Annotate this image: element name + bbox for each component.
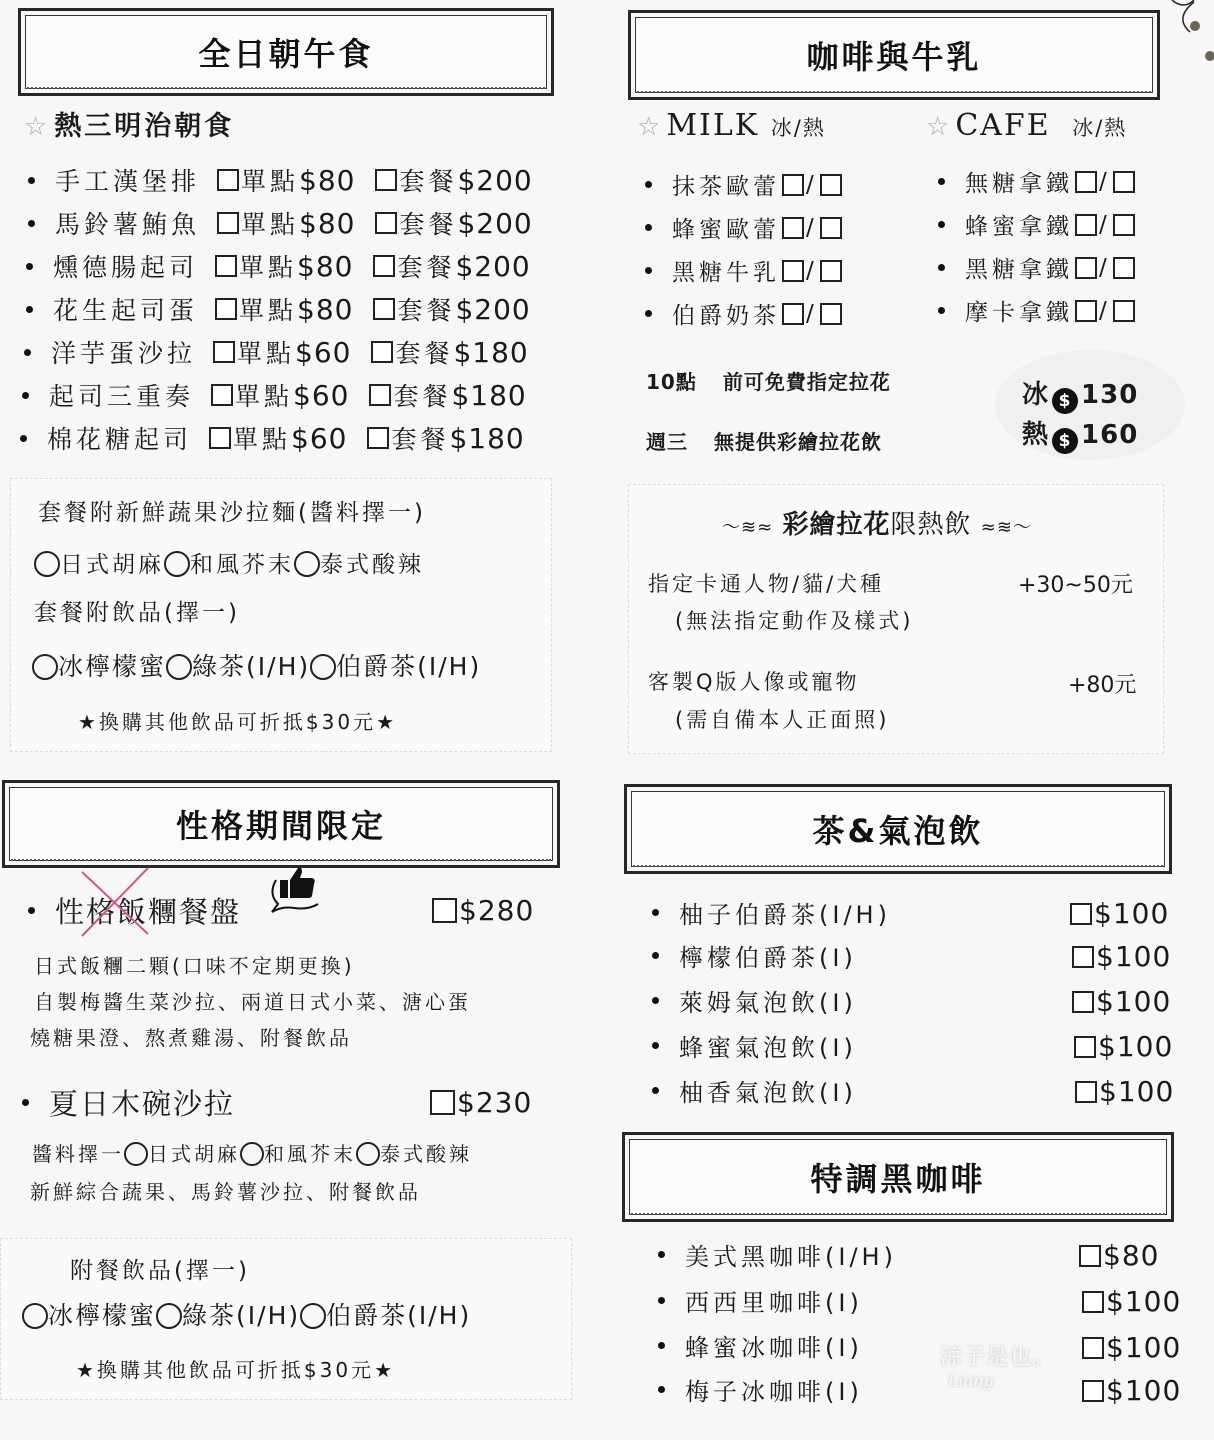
breakfast-item: 起司三重奏 單點$60 套餐$180 <box>22 377 527 413</box>
tea-soda-checkbox[interactable] <box>1070 903 1092 925</box>
limited-item-2-sauces: 醬料擇一日式胡麻和風芥末泰式酸辣 <box>32 1138 472 1167</box>
cross-out-mark <box>78 866 152 938</box>
set-drink-title: 套餐附飲品(擇一) <box>34 594 240 627</box>
drink-radio[interactable] <box>310 654 336 680</box>
milk-item: 伯爵奶茶 / <box>645 297 844 330</box>
cafe-heading: ☆CAFE 冰/熱 <box>926 108 1127 143</box>
black-coffee-checkbox[interactable] <box>1082 1291 1104 1313</box>
cafe-item: 摩卡拿鐵 / <box>938 294 1137 327</box>
bullet-icon <box>938 307 945 314</box>
set-checkbox[interactable] <box>371 341 393 363</box>
single-checkbox[interactable] <box>217 212 239 234</box>
limited-item-2: 夏日木碗沙拉 <box>22 1082 235 1123</box>
black-coffee-item: 西西里咖啡(I) <box>658 1283 863 1318</box>
set-sauce-options: 日式胡麻和風芥末泰式酸辣 <box>34 546 424 579</box>
black-coffee-item: 梅子冰咖啡(I) <box>658 1372 863 1407</box>
black-coffee-price: $100 <box>1080 1331 1181 1364</box>
limited-title: 性格期間限定 <box>176 801 386 847</box>
watermark-main: 涼子是也。 <box>940 1340 1055 1371</box>
black-coffee-price: $80 <box>1077 1239 1159 1272</box>
bullet-icon <box>20 435 27 442</box>
tea-soda-item: 萊姆氣泡飲(I) <box>652 983 857 1018</box>
bullet-icon <box>652 1042 659 1049</box>
ice-checkbox[interactable] <box>782 260 804 282</box>
black-coffee-title: 特調黑咖啡 <box>810 1154 985 1200</box>
left-flourish-icon: 〜≋≈ <box>722 517 773 538</box>
tea-soda-checkbox[interactable] <box>1072 991 1094 1013</box>
hot-checkbox[interactable] <box>820 174 842 196</box>
black-coffee-item: 美式黑咖啡(I/H) <box>658 1237 897 1272</box>
coffee-milk-header: 咖啡與牛乳 <box>628 10 1160 100</box>
star-outline-icon: ☆ <box>637 112 662 142</box>
set-checkbox[interactable] <box>367 427 389 449</box>
latte-option-1-name: 指定卡通人物/貓/犬種 <box>648 568 884 598</box>
coffee-note-1: 10點前可免費指定拉花 <box>646 366 891 395</box>
latte-option-1-price: +30~50元 <box>1018 568 1133 599</box>
milk-item: 蜂蜜歐蕾 / <box>645 211 844 244</box>
tea-soda-price: $100 <box>1073 1075 1174 1108</box>
cafe-item: 黑糖拿鐵 / <box>938 251 1137 284</box>
bullet-icon <box>658 1251 665 1258</box>
tea-soda-checkbox[interactable] <box>1074 1036 1096 1058</box>
single-checkbox[interactable] <box>211 384 233 406</box>
black-coffee-checkbox[interactable] <box>1082 1337 1104 1359</box>
thumbs-up-icon <box>268 866 322 914</box>
tea-soda-header: 茶&氣泡飲 <box>624 784 1172 874</box>
tea-soda-checkbox[interactable] <box>1075 1081 1097 1103</box>
black-coffee-checkbox[interactable] <box>1079 1245 1101 1267</box>
dollar-coin-icon: $ <box>1052 428 1078 454</box>
set-checkbox[interactable] <box>373 298 395 320</box>
latte-option-2-price: +80元 <box>1068 668 1136 699</box>
limited-item-2-desc: 新鮮綜合蔬果、馬鈴薯沙拉、附餐飲品 <box>30 1176 421 1205</box>
milk-item: 抹茶歐蕾 / <box>645 168 844 201</box>
tea-soda-price: $100 <box>1072 1030 1173 1063</box>
hot-checkbox[interactable] <box>1113 171 1135 193</box>
hot-checkbox[interactable] <box>1113 214 1135 236</box>
bullet-icon <box>658 1342 665 1349</box>
bullet-icon <box>28 220 35 227</box>
breakfast-item: 手工漢堡排 單點$80 套餐$200 <box>28 162 533 198</box>
bullet-icon <box>938 264 945 271</box>
black-coffee-header: 特調黑咖啡 <box>622 1132 1174 1222</box>
ice-checkbox[interactable] <box>1075 300 1097 322</box>
sauce-radio[interactable] <box>294 551 320 577</box>
black-coffee-item: 蜂蜜冰咖啡(I) <box>658 1328 863 1363</box>
tea-soda-item: 蜂蜜氣泡飲(I) <box>652 1028 857 1063</box>
breakfast-item: 花生起司蛋 單點$80 套餐$200 <box>26 291 531 327</box>
bullet-icon <box>22 1099 29 1106</box>
bullet-icon <box>28 177 35 184</box>
ice-checkbox[interactable] <box>1075 214 1097 236</box>
drink-radio[interactable] <box>32 654 58 680</box>
set-drink-options: 冰檸檬蜜綠茶(I/H)伯爵茶(I/H) <box>32 647 481 683</box>
bullet-icon <box>658 1297 665 1304</box>
tea-soda-title: 茶&氣泡飲 <box>813 806 984 852</box>
set-checkbox[interactable] <box>369 384 391 406</box>
watermark: 涼子是也。 Liang <box>940 1340 1055 1390</box>
bullet-icon <box>645 181 652 188</box>
set-checkbox[interactable] <box>375 212 397 234</box>
ice-checkbox[interactable] <box>782 217 804 239</box>
bullet-icon <box>645 267 652 274</box>
hot-checkbox[interactable] <box>820 303 842 325</box>
limited-item-1-checkbox[interactable] <box>432 898 457 923</box>
bullet-icon <box>645 224 652 231</box>
limited-discount-note: ★換購其他飲品可折抵$30元★ <box>76 1354 395 1383</box>
latte-option-2-note: (需自備本人正面照) <box>675 704 889 734</box>
tea-soda-price: $100 <box>1068 897 1169 930</box>
milk-heading: ☆MILK 冰/熱 <box>637 108 826 143</box>
set-salad-title: 套餐附新鮮蔬果沙拉麵(醬料擇一) <box>38 494 426 527</box>
tea-soda-item: 檸檬伯爵茶(I) <box>652 938 857 973</box>
bullet-icon <box>652 952 659 959</box>
watermark-sub: Liang <box>948 1371 1055 1390</box>
tea-soda-price: $100 <box>1070 940 1171 973</box>
cafe-item: 蜂蜜拿鐵 / <box>938 208 1137 241</box>
bullet-icon <box>26 263 33 270</box>
sauce-radio[interactable] <box>34 551 60 577</box>
drink-radio[interactable] <box>156 1303 182 1329</box>
limited-item-2-name: 夏日木碗沙拉 <box>49 1082 235 1123</box>
coffee-milk-title: 咖啡與牛乳 <box>806 32 981 78</box>
sauce-radio[interactable] <box>164 551 190 577</box>
breakfast-subtitle: ☆熱三明治朝食 <box>24 104 234 143</box>
coffee-note-2: 週三無提供彩繪拉花飲 <box>646 426 882 455</box>
single-checkbox[interactable] <box>215 298 237 320</box>
black-coffee-price: $100 <box>1080 1374 1181 1407</box>
bullet-icon <box>652 997 659 1004</box>
hot-checkbox[interactable] <box>1113 257 1135 279</box>
drink-radio[interactable] <box>166 654 192 680</box>
limited-item-2-checkbox[interactable] <box>430 1090 455 1115</box>
tea-soda-checkbox[interactable] <box>1072 946 1094 968</box>
drink-radio[interactable] <box>300 1303 326 1329</box>
set-discount-note: ★換購其他飲品可折抵$30元★ <box>78 706 397 735</box>
limited-item-1-price: $280 <box>430 894 534 927</box>
black-coffee-price: $100 <box>1080 1285 1181 1318</box>
bullet-icon <box>658 1386 665 1393</box>
ornament-icon <box>1170 0 1214 70</box>
breakfast-item: 棉花糖起司 單點$60 套餐$180 <box>20 420 525 456</box>
limited-item-1-desc-1: 日式飯糰二顆(口味不定期更換) <box>34 950 355 979</box>
black-coffee-checkbox[interactable] <box>1082 1380 1104 1402</box>
bullet-icon <box>645 310 652 317</box>
ice-checkbox[interactable] <box>782 303 804 325</box>
single-checkbox[interactable] <box>217 169 239 191</box>
bullet-icon <box>652 1087 659 1094</box>
ice-checkbox[interactable] <box>782 174 804 196</box>
sauce-radio[interactable] <box>124 1142 148 1166</box>
milk-item: 黑糖牛乳 / <box>645 254 844 287</box>
hot-price: 熱$160 <box>1022 414 1138 454</box>
single-checkbox[interactable] <box>213 341 235 363</box>
star-outline-icon: ☆ <box>926 112 951 142</box>
hot-checkbox[interactable] <box>820 260 842 282</box>
star-outline-icon: ☆ <box>24 112 50 142</box>
bullet-icon <box>938 178 945 185</box>
tea-soda-item: 柚香氣泡飲(I) <box>652 1073 857 1108</box>
limited-header: 性格期間限定 <box>2 780 560 868</box>
breakfast-title: 全日朝午食 <box>198 29 373 75</box>
limited-drink-title: 附餐飲品(擇一) <box>70 1252 250 1285</box>
right-flourish-icon: ≈≋〜 <box>981 517 1032 538</box>
breakfast-item: 馬鈴薯鮪魚 單點$80 套餐$200 <box>28 205 533 241</box>
single-checkbox[interactable] <box>215 255 237 277</box>
breakfast-header: 全日朝午食 <box>18 8 554 96</box>
limited-drink-options: 冰檸檬蜜綠茶(I/H)伯爵茶(I/H) <box>22 1296 471 1332</box>
breakfast-item: 燻德腸起司 單點$80 套餐$200 <box>26 248 531 284</box>
bullet-icon <box>938 221 945 228</box>
drink-radio[interactable] <box>22 1303 48 1329</box>
single-checkbox[interactable] <box>209 427 231 449</box>
limited-item-1-desc-3: 燒糖果澄、熬煮雞湯、附餐飲品 <box>30 1022 352 1051</box>
hot-checkbox[interactable] <box>1113 300 1135 322</box>
latte-option-2-name: 客製Q版人像或寵物 <box>648 666 860 696</box>
tea-soda-price: $100 <box>1070 985 1171 1018</box>
latte-option-1-note: (無法指定動作及樣式) <box>675 605 913 635</box>
cafe-item: 無糖拿鐵 / <box>938 165 1137 198</box>
hot-checkbox[interactable] <box>820 217 842 239</box>
sauce-radio[interactable] <box>356 1142 380 1166</box>
set-checkbox[interactable] <box>375 169 397 191</box>
breakfast-item: 洋芋蛋沙拉 單點$60 套餐$180 <box>24 334 529 370</box>
ice-checkbox[interactable] <box>1075 257 1097 279</box>
sauce-radio[interactable] <box>240 1142 264 1166</box>
dollar-coin-icon: $ <box>1052 388 1078 414</box>
limited-item-1-desc-2: 自製梅醬生菜沙拉、兩道日式小菜、溏心蛋 <box>34 986 471 1015</box>
ice-price: 冰$130 <box>1022 374 1138 414</box>
bullet-icon <box>652 909 659 916</box>
set-checkbox[interactable] <box>373 255 395 277</box>
tea-soda-item: 柚子伯爵茶(I/H) <box>652 895 891 930</box>
ice-checkbox[interactable] <box>1075 171 1097 193</box>
bullet-icon <box>26 306 33 313</box>
limited-item-2-price: $230 <box>428 1086 532 1119</box>
bullet-icon <box>22 392 29 399</box>
bullet-icon <box>28 907 35 914</box>
bullet-icon <box>24 349 31 356</box>
latte-art-title: 〜≋≈ 彩繪拉花限熱飲 ≈≋〜 <box>722 504 1032 541</box>
